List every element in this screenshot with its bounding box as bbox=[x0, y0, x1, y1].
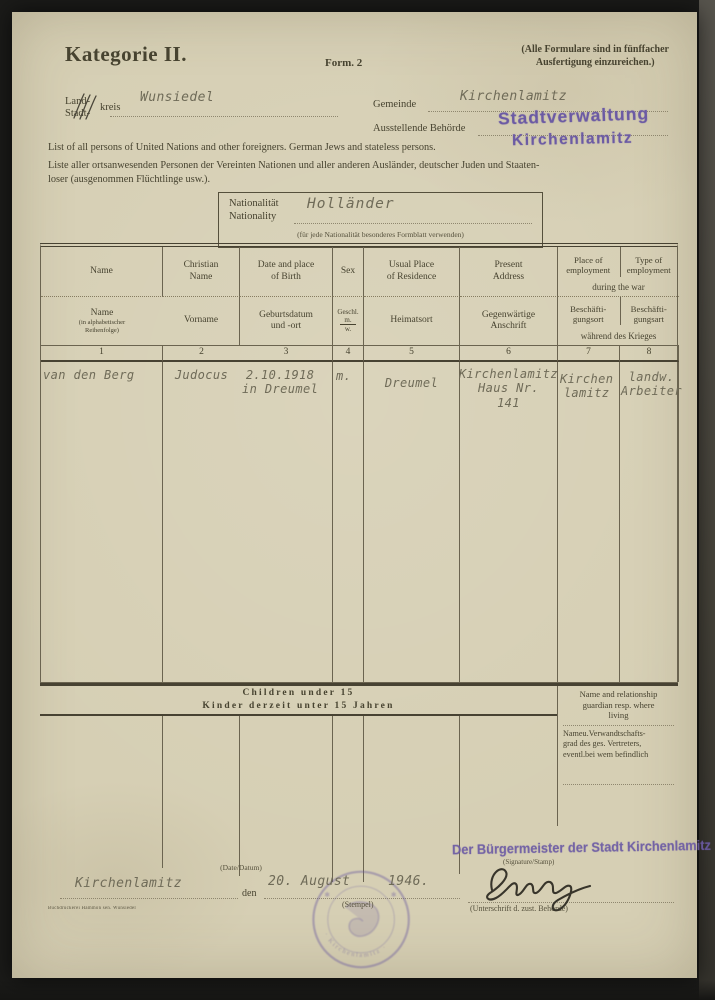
geschlecht-w: w. bbox=[345, 325, 351, 333]
printer-note: Buchdruckerei Hammon sen. Wunsiedel bbox=[48, 906, 136, 911]
gemeinde-label: Gemeinde bbox=[373, 99, 416, 110]
entry-employment-place: Kirchen lamitz bbox=[558, 362, 613, 401]
col-header-en-employment: Place of employment Type of employment d… bbox=[558, 247, 679, 297]
col-header-en-employment-place: Place of employment bbox=[558, 247, 619, 282]
handwritten-mark bbox=[70, 92, 100, 122]
col-header-en-residence: Usual Place of Residence bbox=[364, 247, 460, 297]
col-number-4: 4 bbox=[333, 346, 364, 362]
entry-employment-place-cell: Kirchen lamitz bbox=[558, 362, 620, 682]
entry-name: van den Berg bbox=[41, 362, 135, 382]
entry-employment-type: landw. Arbeiter bbox=[620, 362, 682, 399]
col-header-en-birth: Date and place of Birth bbox=[240, 247, 333, 297]
guardian-divider-bottom bbox=[563, 782, 674, 785]
col-number-1: 1 bbox=[41, 346, 163, 362]
children-title-en: Children under 15 bbox=[242, 687, 354, 700]
guardian-text-en: Name and relationship guardian resp. whe… bbox=[563, 689, 674, 721]
copies-note: (Alle Formulare sind in fünffacher Ausfe… bbox=[521, 43, 669, 69]
children-section: Children under 15 Kinder derzeit unter 1… bbox=[40, 683, 678, 865]
col-header-en-christian-name: Christian Name bbox=[163, 247, 240, 297]
entry-first-name-cell: Judocus bbox=[163, 362, 240, 682]
form-paper: Kategorie II. Form. 2 (Alle Formulare si… bbox=[12, 12, 697, 978]
form-number: Form. 2 bbox=[325, 57, 362, 69]
col-number-6: 6 bbox=[460, 346, 558, 362]
col-header-de-vorname: Vorname bbox=[163, 297, 240, 346]
col-header-de-geburtsdatum: Geburtsdatum und -ort bbox=[240, 297, 333, 346]
children-heading: Children under 15 Kinder derzeit unter 1… bbox=[40, 686, 557, 716]
children-col-line bbox=[162, 716, 163, 868]
nationality-label-de: Nationalität bbox=[229, 198, 279, 209]
entry-sex-cell: m. bbox=[333, 362, 364, 682]
col-number-8: 8 bbox=[620, 346, 679, 362]
col-header-en-address: Present Address bbox=[460, 247, 558, 297]
col-number-2: 2 bbox=[163, 346, 240, 362]
col-header-en-employment-type: Type of employment bbox=[619, 247, 680, 282]
col-number-5: 5 bbox=[364, 346, 460, 362]
col-header-en-sex: Sex bbox=[333, 247, 364, 297]
beschaeftigung-divider bbox=[620, 297, 621, 325]
col-header-de-anschrift: Gegenwärtige Anschrift bbox=[460, 297, 558, 346]
intro-german-line2: loser (ausgenommen Flüchtlinge usw.). bbox=[48, 174, 688, 185]
date-caption: (Date/Datum) bbox=[196, 863, 286, 872]
den-label: den bbox=[242, 888, 256, 899]
col-header-de-beschaeftigung-note: während des Krieges bbox=[581, 331, 656, 345]
guardian-divider bbox=[563, 723, 674, 726]
seal-star-right: ✱ bbox=[391, 891, 397, 899]
col-number-7: 7 bbox=[558, 346, 620, 362]
stempel-caption: (Stempel) bbox=[342, 900, 374, 909]
intro-english: List of all persons of United Nations an… bbox=[48, 142, 678, 153]
col-header-de-geschlecht: Geschl. m. w. bbox=[333, 297, 364, 346]
place-entry-line bbox=[60, 880, 238, 899]
entry-address: Kirchenlamitz Haus Nr. 141 bbox=[459, 362, 558, 410]
col-header-de-beschaeftigung: Beschäfti- gungsort Beschäfti- gungsart … bbox=[558, 297, 679, 346]
entry-address-cell: Kirchenlamitz Haus Nr. 141 bbox=[460, 362, 558, 682]
persons-table: Name Christian Name Date and place of Bi… bbox=[40, 243, 678, 683]
nationality-value: Holländer bbox=[307, 196, 395, 212]
entry-residence-cell: Dreumel bbox=[364, 362, 460, 682]
nationality-box: Nationalität Nationality Holländer (für … bbox=[218, 192, 543, 248]
entry-residence: Dreumel bbox=[385, 362, 438, 390]
scanned-document-page: Kategorie II. Form. 2 (Alle Formulare si… bbox=[0, 0, 715, 1000]
kreis-value: Wunsiedel bbox=[140, 90, 214, 105]
children-col-line bbox=[239, 716, 240, 876]
col-header-en-name: Name bbox=[41, 247, 163, 297]
col-header-en-employment-note: during the war bbox=[592, 282, 644, 296]
entry-employment-type-cell: landw. Arbeiter bbox=[620, 362, 679, 682]
col-header-de-name: Name (in alphabetischer Reihenfolge) bbox=[41, 297, 163, 346]
entry-first-name: Judocus bbox=[175, 362, 228, 382]
guardian-column: Name and relationship guardian resp. whe… bbox=[557, 686, 678, 826]
col-header-de-heimatsort: Heimatsort bbox=[364, 297, 460, 346]
entry-birth-cell: 2.10.1918 in Dreumel bbox=[240, 362, 333, 682]
nationality-label-en: Nationality bbox=[229, 211, 276, 222]
guardian-text-de: Nameu.Verwandtschafts- grad des ges. Ver… bbox=[563, 729, 674, 760]
date-value-month: 20. August bbox=[268, 874, 350, 889]
col-number-3: 3 bbox=[240, 346, 333, 362]
employment-divider bbox=[620, 247, 621, 277]
children-col-line bbox=[363, 716, 364, 882]
nationality-note: (für jede Nationalität besonderes Formbl… bbox=[219, 230, 542, 239]
seal-star-left: ✱ bbox=[324, 891, 330, 899]
col-header-de-name-note: (in alphabetischer Reihenfolge) bbox=[79, 319, 125, 335]
date-value-year: 1946. bbox=[388, 874, 429, 889]
behoerde-label: Ausstellende Behörde bbox=[373, 123, 465, 134]
entry-sex: m. bbox=[333, 362, 351, 383]
scan-bottom-shadow bbox=[0, 980, 715, 1000]
children-col-line bbox=[332, 716, 333, 882]
col-header-de-beschaeftigungsort: Beschäfti- gungsort bbox=[558, 297, 619, 331]
intro-german-line1: Liste aller ortsanwesenden Personen der … bbox=[48, 160, 688, 171]
entry-birth: 2.10.1918 in Dreumel bbox=[240, 362, 318, 397]
gemeinde-value: Kirchenlamitz bbox=[460, 89, 567, 104]
geschlecht-m: m. bbox=[340, 317, 355, 326]
col-header-de-beschaeftigungsart: Beschäfti- gungsart bbox=[619, 297, 680, 331]
children-title-de: Kinder derzeit unter 15 Jahren bbox=[202, 700, 394, 713]
entry-name-cell: van den Berg bbox=[41, 362, 163, 682]
category-title: Kategorie II. bbox=[65, 42, 187, 67]
signature-handwriting bbox=[478, 860, 608, 912]
